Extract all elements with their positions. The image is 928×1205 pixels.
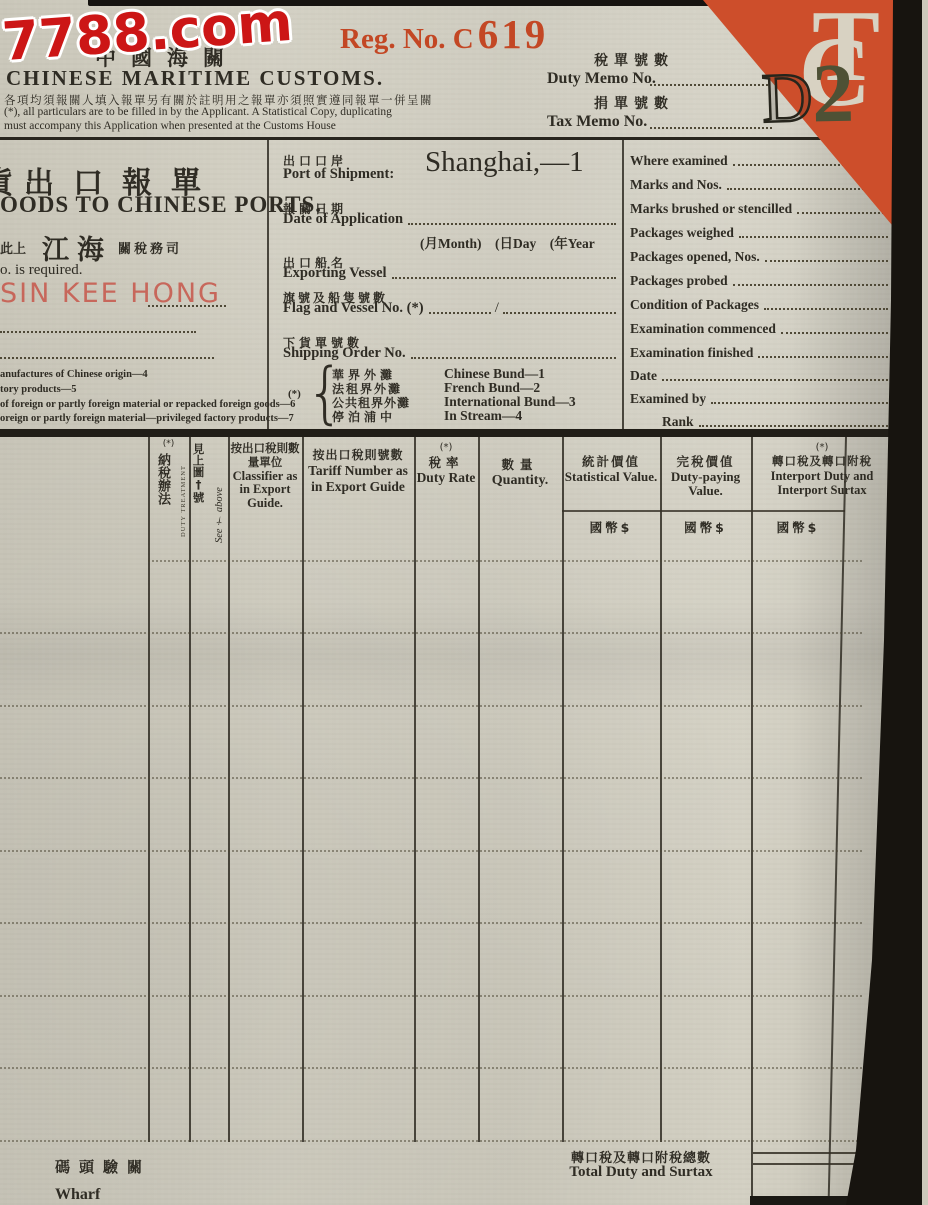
date-field-row: Date of Application xyxy=(283,211,616,228)
table-row-line xyxy=(148,560,862,562)
reg-no-block: Reg. No. C 619 xyxy=(340,10,548,58)
col-duty-paying-zh: 完稅價值 xyxy=(676,452,734,470)
paper-crease xyxy=(0,600,928,710)
vessel-blank-line xyxy=(392,277,616,279)
field-exam-commenced-line xyxy=(781,332,888,334)
col-quantity-header: 數量 Quantity. xyxy=(480,455,560,489)
col-duty-rate-zh: 稅率 xyxy=(428,453,463,471)
bund-option-4: 停泊浦中 In Stream—4 xyxy=(332,408,522,425)
shipping-order-blank-line xyxy=(411,357,616,359)
col-tariff-en: Tariff Number as in Export Guide xyxy=(306,463,410,494)
left-blank-line-3 xyxy=(0,357,214,359)
table-top-rule xyxy=(0,429,928,437)
col-tariff-header: 按出口稅則號數 Tariff Number as in Export Guide xyxy=(306,446,410,494)
table-col-line-3 xyxy=(228,437,230,1142)
col-duty-paying-header: 完稅價值 Duty-paying Value. xyxy=(662,452,749,499)
field-marks-brushed-line xyxy=(797,212,888,214)
watermark-7788: 7788.com xyxy=(0,0,294,73)
col-duty-treatment-zh: 納稅辦法 xyxy=(156,453,169,543)
section-divider-left xyxy=(267,140,269,432)
duty-memo-blank-line xyxy=(650,84,768,86)
total-box-line-2 xyxy=(753,1163,863,1165)
field-exam-commenced-label: Examination commenced xyxy=(630,321,781,337)
port-label-en: Port of Shipment: xyxy=(283,166,394,183)
field-examined-by-label: Examined by xyxy=(630,391,711,407)
col-interport-en: Interport Duty and Interport Surtax xyxy=(753,469,891,498)
date-blank-line xyxy=(408,223,616,225)
currency-label-interport: 國幣$ xyxy=(751,518,845,536)
field-packages-weighed-label: Packages weighed xyxy=(630,225,739,241)
field-condition-packages-label: Condition of Packages xyxy=(630,297,764,313)
total-duty-label-en: Total Duty and Surtax xyxy=(556,1164,726,1181)
col-duty-treatment-star: (*) xyxy=(148,439,189,449)
currency-label-duty-paying: 國幣$ xyxy=(660,518,751,536)
tax-memo-label-zh: 捐單號數 xyxy=(594,93,674,113)
field-packages-weighed-line xyxy=(739,236,888,238)
table-row-line xyxy=(0,850,862,852)
col-statistical-en: Statistical Value. xyxy=(565,470,657,484)
field-rank-label: Rank xyxy=(662,414,699,430)
col-duty-rate-star: (*) xyxy=(440,442,453,453)
col-see-above-zh: 見上圖†號 xyxy=(192,443,204,543)
field-rank: Rank xyxy=(662,414,888,430)
col-tariff-zh: 按出口稅則號數 xyxy=(312,446,403,463)
col-classifier-header: 按出口稅則數量單位 Classifier as in Export Guide. xyxy=(230,442,300,511)
addressee-pre: 此上 xyxy=(0,238,26,257)
scan-mat-edge xyxy=(922,0,928,1205)
col-statistical-zh: 統計價值 xyxy=(582,452,640,470)
field-examined-by-line xyxy=(711,402,888,404)
field-exam-finished: Examination finished xyxy=(630,345,888,361)
col-interport-header: (*) 轉口稅及轉口附稅 Interport Duty and Interpor… xyxy=(753,442,891,498)
table-col-line-8 xyxy=(660,437,662,1142)
table-row-line xyxy=(0,705,862,707)
flag-blank-line-2 xyxy=(503,312,616,314)
bund-option-4-en: In Stream—4 xyxy=(444,408,522,425)
currency-label-statistical: 國幣$ xyxy=(562,518,660,536)
field-marks-brushed-label: Marks brushed or stencilled xyxy=(630,201,797,217)
table-row-line xyxy=(0,922,862,924)
field-exam-finished-label: Examination finished xyxy=(630,345,758,361)
field-packages-probed: Packages probed xyxy=(630,273,888,289)
field-date: Date xyxy=(630,368,888,384)
field-marks-nos: Marks and Nos. xyxy=(630,177,888,193)
tax-memo-blank-line xyxy=(650,127,772,129)
field-marks-brushed: Marks brushed or stencilled xyxy=(630,201,888,217)
col-duty-treatment-en: DUTY TREATMENT xyxy=(180,451,187,537)
field-packages-opened-line xyxy=(765,260,888,262)
wharf-label-en: Wharf xyxy=(55,1186,100,1204)
field-marks-nos-label: Marks and Nos. xyxy=(630,177,727,193)
left-blank-line-2 xyxy=(0,331,196,333)
table-row-line xyxy=(0,1067,862,1069)
duty-memo-label-zh: 稅單號數 xyxy=(594,50,674,70)
currency-divider xyxy=(562,510,845,512)
customs-form-page: 中國海關 CHINESE MARITIME CUSTOMS. 各項均須報關人填入… xyxy=(0,0,928,1205)
field-packages-weighed: Packages weighed xyxy=(630,225,888,241)
col-classifier-en: Classifier as in Export Guide. xyxy=(230,470,300,511)
vessel-label-en: Exporting Vessel xyxy=(283,265,392,282)
col-see-above-en: See † above xyxy=(214,443,225,543)
wharf-label-zh: 碼頭驗關 xyxy=(55,1156,151,1177)
customs-title-en: CHINESE MARITIME CUSTOMS. xyxy=(6,66,384,91)
col-quantity-en: Quantity. xyxy=(492,473,548,489)
addressee-post: 關稅務司 xyxy=(118,238,182,257)
reg-no-label: Reg. No. C xyxy=(340,23,474,55)
col-interport-star: (*) xyxy=(816,442,829,453)
reg-no-value: 619 xyxy=(478,11,549,57)
field-exam-commenced: Examination commenced xyxy=(630,321,888,337)
field-date-label: Date xyxy=(630,368,662,384)
field-where-examined-label: Where examined xyxy=(630,153,733,169)
col-quantity-zh: 數量 xyxy=(501,455,538,473)
field-date-line xyxy=(662,379,888,381)
origin-note-5: tory products—5 xyxy=(0,384,77,395)
d2-stamp-2: 2 xyxy=(811,52,854,137)
field-packages-opened-label: Packages opened, Nos. xyxy=(630,249,765,265)
field-rank-line xyxy=(699,425,888,427)
header-note-en-1: (*), all particulars are to be filled in… xyxy=(4,106,392,118)
field-exam-finished-line xyxy=(758,356,888,358)
flag-label-en: Flag and Vessel No. (*) xyxy=(283,300,429,317)
table-right-border xyxy=(828,437,847,1199)
table-col-line-4 xyxy=(302,437,304,1142)
origin-note-4: anufactures of Chinese origin—4 xyxy=(0,369,148,380)
flag-field-row: Flag and Vessel No. (*) / xyxy=(283,300,616,317)
field-condition-packages-line xyxy=(764,308,888,310)
section-divider-right xyxy=(622,140,624,430)
total-box-line-1 xyxy=(753,1152,863,1154)
col-duty-paying-en: Duty-paying Value. xyxy=(662,470,749,499)
col-duty-rate-en: Duty Rate xyxy=(417,471,476,486)
flag-blank-line-1 xyxy=(429,312,491,314)
field-packages-opened: Packages opened, Nos. xyxy=(630,249,888,265)
bund-option-4-zh: 停泊浦中 xyxy=(332,408,444,425)
table-col-line-6 xyxy=(478,437,480,1142)
table-col-line-5 xyxy=(414,437,416,1142)
d2-stamp-d: D xyxy=(761,63,814,135)
col-see-above-header: 見上圖†號 See † above xyxy=(189,441,228,551)
tax-memo-label-en: Tax Memo No. xyxy=(547,113,647,131)
col-interport-zh: 轉口稅及轉口附稅 xyxy=(772,453,872,469)
date-label-en: Date of Application xyxy=(283,211,408,228)
col-statistical-header: 統計價值 Statistical Value. xyxy=(564,452,658,484)
bund-note-marker: (*) xyxy=(288,388,301,400)
table-col-line-9 xyxy=(751,437,753,1197)
flag-slash: / xyxy=(491,300,503,317)
origin-note-7: oreign or partly foreign material—privil… xyxy=(0,413,294,424)
table-row-line xyxy=(0,777,862,779)
header-note-en-2: must accompany this Application when pre… xyxy=(4,120,336,132)
date-month-day-year: (月Month) (日Day (年Year xyxy=(420,232,595,252)
left-blank-line-1 xyxy=(148,305,226,307)
port-value: Shanghai,—1 xyxy=(425,146,584,179)
field-packages-probed-label: Packages probed xyxy=(630,273,733,289)
col-duty-treatment-header: (*) 納稅辦法 DUTY TREATMENT xyxy=(148,439,189,547)
required-note: o. is required. xyxy=(0,262,82,279)
table-row-line xyxy=(0,1140,862,1142)
table-row-line xyxy=(0,995,862,997)
field-examined-by: Examined by xyxy=(630,391,888,407)
shipping-order-label-en: Shipping Order No. xyxy=(283,345,411,362)
field-packages-probed-line xyxy=(733,284,888,286)
field-condition-packages: Condition of Packages xyxy=(630,297,888,313)
origin-note-6: of foreign or partly foreign material or… xyxy=(0,399,295,410)
col-classifier-zh: 按出口稅則數量單位 xyxy=(230,442,300,470)
declaration-title-en: OODS TO CHINESE PORTS. xyxy=(0,192,322,218)
total-box-heavy-bar xyxy=(750,1196,862,1205)
table-col-line-7 xyxy=(562,437,564,1142)
duty-memo-label-en: Duty Memo No. xyxy=(547,70,656,88)
vessel-field-row: Exporting Vessel xyxy=(283,265,616,282)
table-row-line xyxy=(0,632,862,634)
col-duty-rate-header: (*) 稅率 Duty Rate xyxy=(416,442,476,486)
